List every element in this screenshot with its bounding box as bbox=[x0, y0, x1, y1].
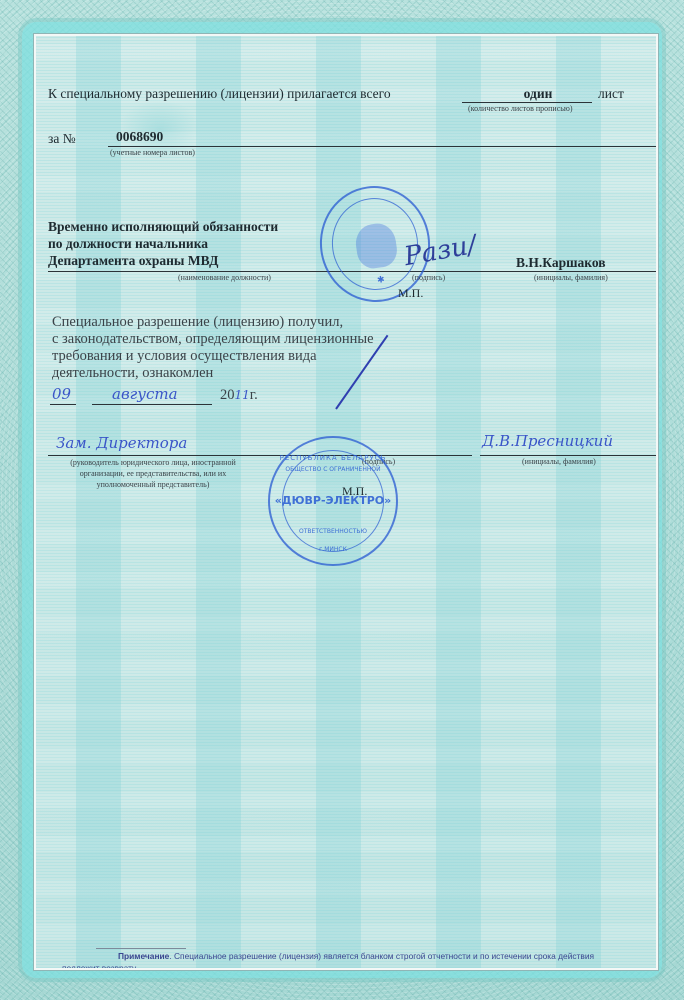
issuer-position: Временно исполняющий обязанности по долж… bbox=[48, 218, 278, 269]
footnote: Примечание. Специальное разрешение (лице… bbox=[62, 950, 652, 970]
footnote-rule bbox=[96, 948, 186, 949]
position-caption: (наименование должности) bbox=[178, 273, 271, 282]
stamp-city-text: г.МИНСК bbox=[270, 546, 396, 553]
year-postfix: г. bbox=[250, 387, 258, 403]
sheet-number-caption: (учетные номера листов) bbox=[110, 148, 195, 157]
issuer-seal-label: М.П. bbox=[398, 286, 423, 301]
sheet-word: лист bbox=[598, 86, 624, 102]
issuer-name-line bbox=[506, 271, 656, 272]
stamp-top-text: РЕСПУБЛИКА БЕЛАРУСЬ bbox=[270, 454, 396, 462]
caption-line: организации, ее представительства, или и… bbox=[48, 468, 258, 479]
receipt-line: Специальное разрешение (лицензию) получи… bbox=[52, 314, 374, 331]
issuer-name-caption: (инициалы, фамилия) bbox=[534, 273, 608, 282]
position-line: по должности начальника bbox=[48, 235, 278, 252]
receipt-day: 09 bbox=[52, 385, 71, 403]
note-label: Примечание bbox=[118, 951, 169, 961]
receipt-month: августа bbox=[112, 385, 178, 403]
sheet-count-caption: (количество листов прописью) bbox=[468, 104, 573, 113]
sheet-number-line bbox=[108, 146, 658, 147]
position-line: Временно исполняющий обязанности bbox=[48, 218, 278, 235]
recipient-role: Зам. Директора bbox=[56, 434, 187, 452]
note-text: . Специальное разрешение (лицензия) явля… bbox=[169, 951, 594, 961]
issuer-line bbox=[48, 271, 526, 272]
attached-text: К специальному разрешению (лицензии) при… bbox=[48, 86, 391, 102]
company-stamp: РЕСПУБЛИКА БЕЛАРУСЬ ОБЩЕСТВО С ОГРАНИЧЕН… bbox=[268, 436, 398, 566]
receipt-line: требования и условия осуществления вида bbox=[52, 348, 374, 365]
document-sheet: К специальному разрешению (лицензии) при… bbox=[34, 34, 658, 970]
year-suffix: 11 bbox=[235, 388, 250, 402]
receipt-year: 2011г. bbox=[220, 387, 258, 404]
number-prefix: за № bbox=[48, 131, 76, 147]
recipient-name: Д.В.Пресницкий bbox=[482, 432, 613, 450]
day-line bbox=[50, 404, 76, 405]
month-line bbox=[92, 404, 212, 405]
position-line: Департамента охраны МВД bbox=[48, 252, 278, 269]
stamp-middle-text: ОБЩЕСТВО С ОГРАНИЧЕННОЙ bbox=[270, 466, 396, 473]
stamp-bottom-text: ОТВЕТСТВЕННОСТЬЮ bbox=[270, 528, 396, 535]
caption-line: уполномоченный представитель) bbox=[48, 479, 258, 490]
recipient-role-caption: (руководитель юридического лица, иностра… bbox=[48, 457, 258, 490]
recipient-name-caption: (инициалы, фамилия) bbox=[522, 457, 596, 466]
year-prefix: 20 bbox=[220, 387, 235, 403]
issuer-name: В.Н.Каршаков bbox=[516, 255, 606, 271]
recipient-line bbox=[48, 455, 472, 456]
sheet-number: 0068690 bbox=[116, 129, 163, 145]
receipt-text: Специальное разрешение (лицензию) получи… bbox=[52, 314, 374, 382]
recipient-name-line bbox=[480, 455, 656, 456]
sheet-count-line bbox=[462, 102, 592, 103]
note-text-2: подлежит возврату. bbox=[62, 962, 652, 970]
stamp-company-name: «ДЮВР-ЭЛЕКТРО» bbox=[270, 494, 396, 507]
receipt-line: деятельности, ознакомлен bbox=[52, 365, 374, 382]
sheet-count: один bbox=[498, 86, 578, 102]
issuer-signature-caption: (подпись) bbox=[412, 273, 445, 282]
receipt-line: с законодательством, определяющим лиценз… bbox=[52, 331, 374, 348]
caption-line: (руководитель юридического лица, иностра… bbox=[48, 457, 258, 468]
